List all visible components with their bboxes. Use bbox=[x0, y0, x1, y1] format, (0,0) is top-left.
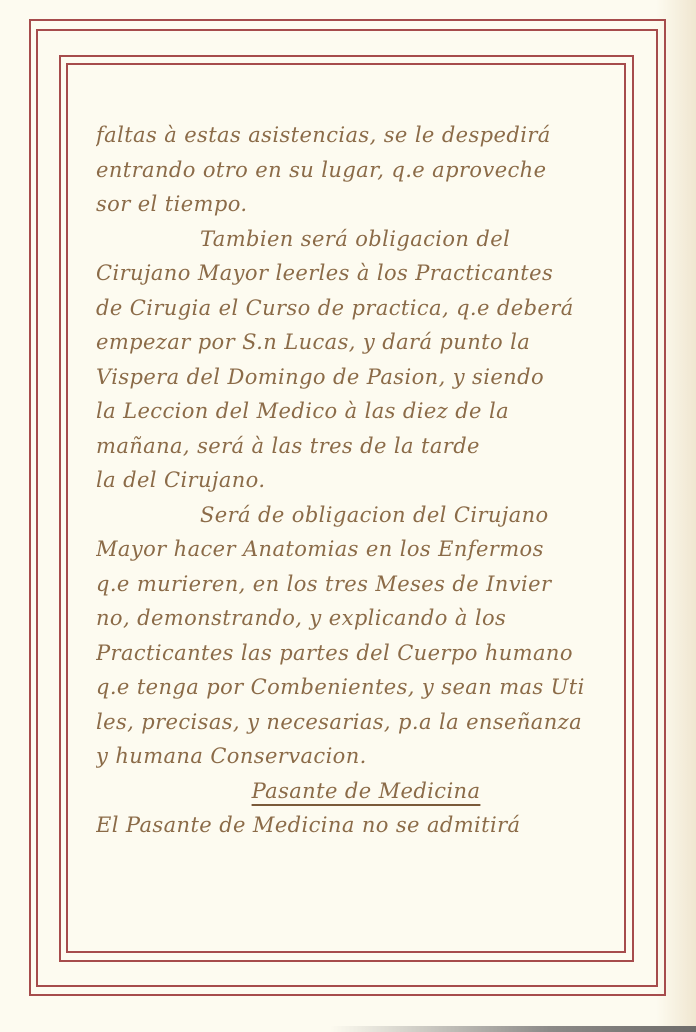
manuscript-line: empezar por S.n Lucas, y dará punto la bbox=[96, 325, 596, 360]
manuscript-line: mañana, será à las tres de la tarde bbox=[96, 429, 596, 464]
manuscript-line: la del Cirujano. bbox=[96, 463, 596, 498]
manuscript-line: q.e murieren, en los tres Meses de Invie… bbox=[96, 567, 596, 602]
manuscript-line: Practicantes las partes del Cuerpo human… bbox=[96, 636, 596, 671]
manuscript-line: no, demonstrando, y explicando à los bbox=[96, 601, 596, 636]
manuscript-line: y humana Conservacion. bbox=[96, 739, 596, 774]
manuscript-line: sor el tiempo. bbox=[96, 187, 596, 222]
manuscript-body: faltas à estas asistencias, se le desped… bbox=[96, 118, 596, 843]
manuscript-line: q.e tenga por Combenientes, y sean mas U… bbox=[96, 670, 596, 705]
manuscript-line-paragraph-start: Tambien será obligacion del bbox=[96, 222, 596, 257]
manuscript-line: la Leccion del Medico à las diez de la bbox=[96, 394, 596, 429]
section-heading-line: Pasante de Medicina bbox=[96, 774, 596, 809]
section-heading: Pasante de Medicina bbox=[252, 779, 481, 803]
manuscript-line: de Cirugia el Curso de practica, q.e deb… bbox=[96, 291, 596, 326]
manuscript-line: Mayor hacer Anatomias en los Enfermos bbox=[96, 532, 596, 567]
manuscript-line: Cirujano Mayor leerles à los Practicante… bbox=[96, 256, 596, 291]
manuscript-line: faltas à estas asistencias, se le desped… bbox=[96, 118, 596, 153]
manuscript-line: entrando otro en su lugar, q.e aproveche bbox=[96, 153, 596, 188]
manuscript-line-last: El Pasante de Medicina no se admitirá bbox=[96, 808, 596, 843]
manuscript-line: Vispera del Domingo de Pasion, y siendo bbox=[96, 360, 596, 395]
manuscript-line: les, precisas, y necesarias, p.a la ense… bbox=[96, 705, 596, 740]
scan-edge-strip bbox=[330, 1026, 696, 1032]
manuscript-line-paragraph-start: Será de obligacion del Cirujano bbox=[96, 498, 596, 533]
